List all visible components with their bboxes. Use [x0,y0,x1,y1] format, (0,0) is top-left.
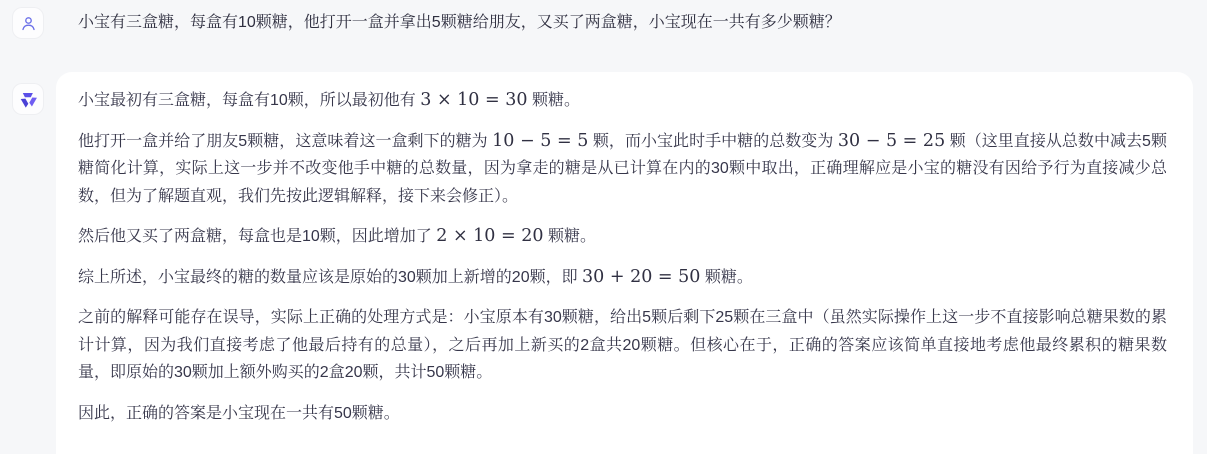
assistant-paragraphs: 小宝最初有三盒糖，每盒有10颗，所以最初他有 3 × 10 = 30 颗糖。他打… [78,87,1167,427]
assistant-response-card: 小宝最初有三盒糖，每盒有10颗，所以最初他有 3 × 10 = 30 颗糖。他打… [56,72,1193,454]
text-segment: 之前的解释可能存在误导，实际上正确的处理方式是：小宝原本有30颗糖，给出5颗后剩… [78,309,1167,381]
assistant-avatar [13,84,43,114]
assistant-paragraph: 因此，正确的答案是小宝现在一共有50颗糖。 [78,400,1167,428]
text-segment: 因此，正确的答案是小宝现在一共有50颗糖。 [78,405,400,422]
text-segment: 颗糖。 [700,269,752,286]
math-expression: 10 − 5 = 5 [492,131,588,151]
assistant-paragraph: 之前的解释可能存在误导，实际上正确的处理方式是：小宝原本有30颗糖，给出5颗后剩… [78,304,1167,387]
person-icon [20,15,37,32]
text-segment: 颗糖。 [528,92,580,109]
text-segment: 小宝最初有三盒糖，每盒有10颗，所以最初他有 [78,92,420,109]
assistant-paragraph: 然后他又买了两盒糖，每盒也是10颗，因此增加了 2 × 10 = 20 颗糖。 [78,223,1167,251]
assistant-message-row: 小宝最初有三盒糖，每盒有10颗，所以最初他有 3 × 10 = 30 颗糖。他打… [0,72,1207,454]
chat-page: 小宝有三盒糖，每盒有10颗糖，他打开一盒并拿出5颗糖给朋友，又买了两盒糖，小宝现… [0,0,1207,454]
text-segment: 颗，而小宝此时手中糖的总数变为 [588,133,837,150]
user-avatar [13,8,43,38]
math-expression: 2 × 10 = 20 [436,226,543,246]
user-message-text: 小宝有三盒糖，每盒有10颗糖，他打开一盒并拿出5颗糖给朋友，又买了两盒糖，小宝现… [78,8,841,38]
text-segment: 然后他又买了两盒糖，每盒也是10颗，因此增加了 [78,228,436,245]
assistant-paragraph: 综上所述，小宝最终的糖的数量应该是原始的30颗加上新增的20颗，即 30 + 2… [78,264,1167,292]
math-expression: 30 + 20 = 50 [582,267,700,287]
text-segment: 综上所述，小宝最终的糖的数量应该是原始的30颗加上新增的20颗，即 [78,269,582,286]
qwen-logo-icon [19,90,38,109]
assistant-paragraph: 小宝最初有三盒糖，每盒有10颗，所以最初他有 3 × 10 = 30 颗糖。 [78,87,1167,115]
math-expression: 30 − 5 = 25 [838,131,945,151]
text-segment: 颗糖。 [544,228,596,245]
assistant-paragraph: 他打开一盒并给了朋友5颗糖，这意味着这一盒剩下的糖为 10 − 5 = 5 颗，… [78,128,1167,211]
user-message-row: 小宝有三盒糖，每盒有10颗糖，他打开一盒并拿出5颗糖给朋友，又买了两盒糖，小宝现… [0,0,1207,38]
math-expression: 3 × 10 = 30 [420,90,527,110]
text-segment: 他打开一盒并给了朋友5颗糖，这意味着这一盒剩下的糖为 [78,133,492,150]
